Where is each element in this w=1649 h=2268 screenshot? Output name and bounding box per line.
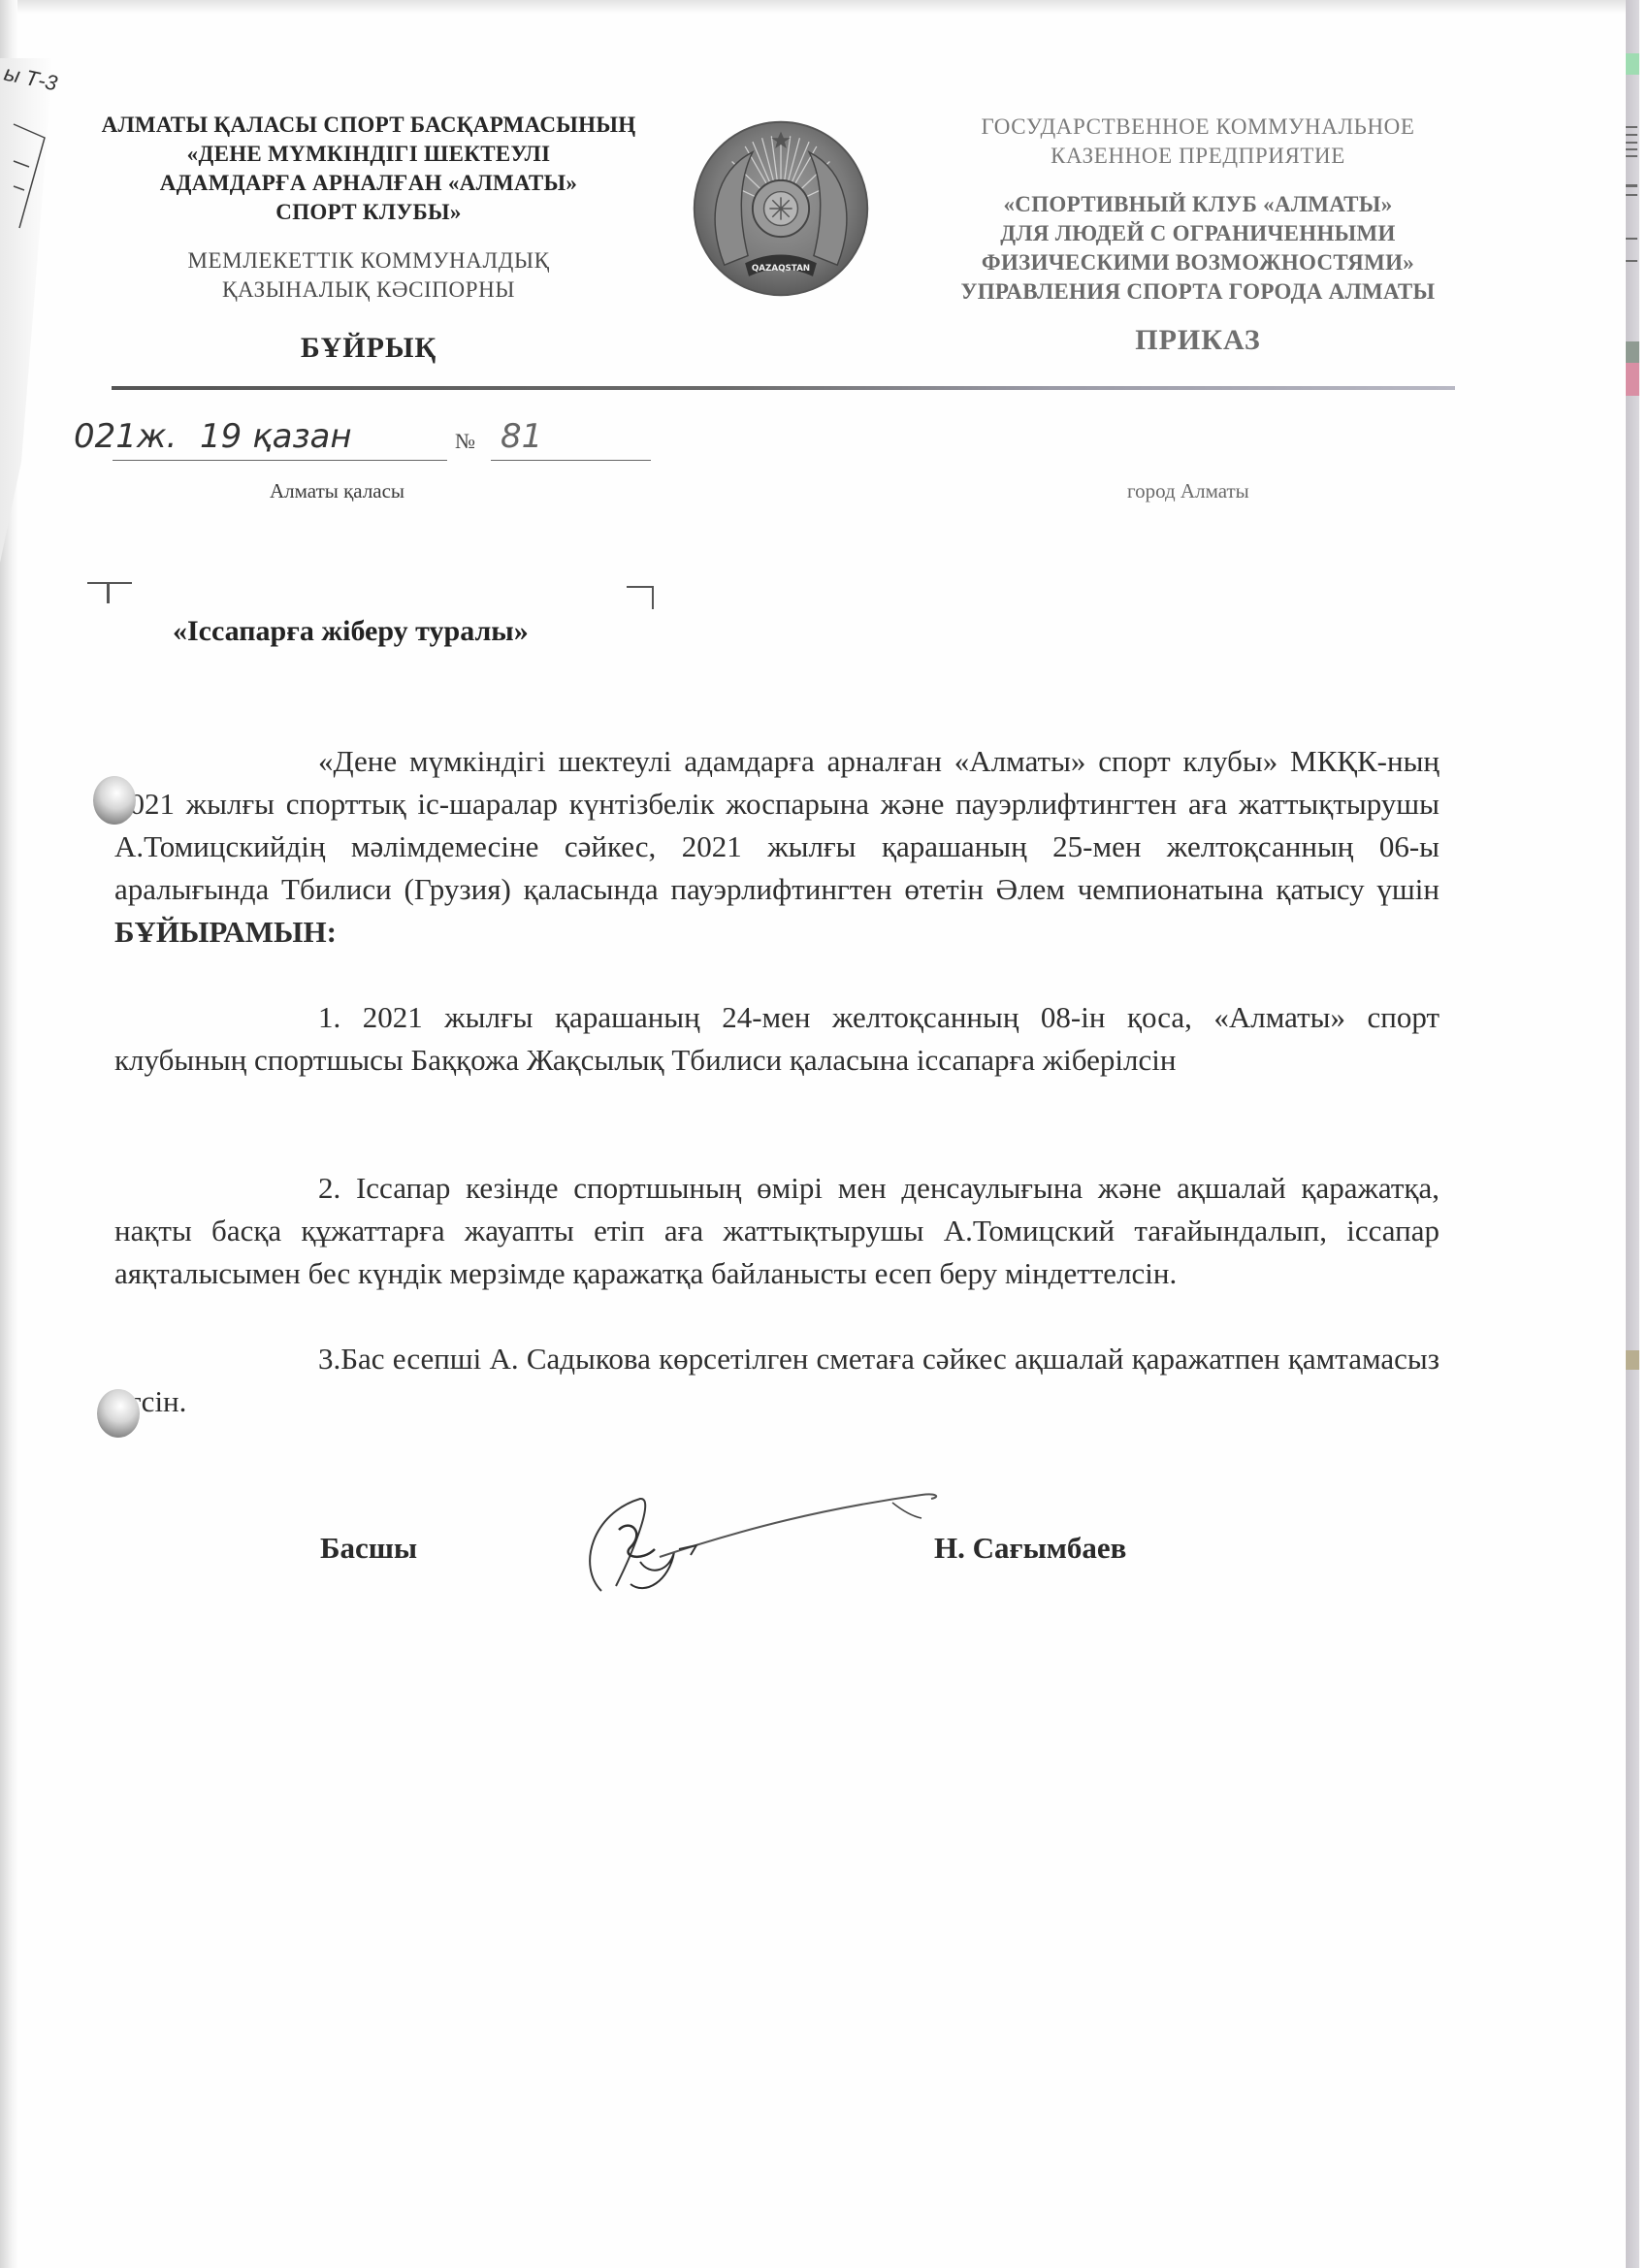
handwritten-signature-icon (572, 1489, 970, 1605)
org-type-line: ҚАЗЫНАЛЫҚ КӘСІПОРНЫ (78, 275, 660, 305)
strip-tick (1626, 184, 1637, 187)
order-item-text: 3.Бас есепші А. Садыкова көрсетілген сме… (114, 1338, 1439, 1423)
strip-tick (1626, 134, 1637, 136)
org-name-line: УПРАВЛЕНИЯ СПОРТА ГОРОДА АЛМАТЫ (921, 277, 1474, 307)
org-name-line: СПОРТ КЛУБЫ» (78, 198, 660, 227)
handwritten-date: 19 қазан (200, 417, 352, 456)
strip-tick (1626, 238, 1637, 240)
document-title: «Іссапарға жіберу туралы» (173, 615, 529, 648)
order-verb: БҰЙЫРАМЫН: (114, 915, 337, 949)
strip-tick (1626, 155, 1637, 157)
state-emblem-icon: QAZAQSTAN (687, 114, 875, 303)
order-item-text: 1. 2021 жылғы қарашаның 24-мен желтоқсан… (114, 996, 1439, 1082)
signatory-position: Басшы (320, 1531, 417, 1566)
order-item-3: 3.Бас есепші А. Садыкова көрсетілген сме… (114, 1338, 1439, 1423)
underlay-table-lines (0, 116, 58, 233)
strip-color-tab-yellow (1626, 1350, 1639, 1370)
strip-tick (1626, 260, 1637, 262)
strip-tick (1626, 194, 1637, 196)
number-underline (491, 460, 651, 461)
date-number-line: 021ж. 19 қазан № 81 (74, 415, 656, 464)
title-corner-mark-right-stem (652, 586, 654, 609)
order-item-text: 2. Іссапар кезінде спортшының өмірі мен … (114, 1167, 1439, 1295)
header-divider (112, 386, 1455, 390)
scan-top-shadow (0, 0, 1649, 14)
strip-color-tab-dark (1626, 341, 1639, 363)
org-name-line: АЛМАТЫ ҚАЛАСЫ СПОРТ БАСҚАРМАСЫНЫҢ (78, 111, 660, 140)
preamble-text: «Дене мүмкіндігі шектеулі адамдарға арна… (114, 744, 1439, 906)
order-item-2: 2. Іссапар кезінде спортшының өмірі мен … (114, 1167, 1439, 1295)
emblem-ribbon-text: QAZAQSTAN (752, 264, 810, 274)
place-kazakh: Алматы қаласы (270, 479, 404, 503)
org-name-line: «ДЕНЕ МҮМКІНДІГІ ШЕКТЕУЛІ (78, 140, 660, 169)
header-kazakh: АЛМАТЫ ҚАЛАСЫ СПОРТ БАСҚАРМАСЫНЫҢ «ДЕНЕ … (78, 111, 660, 363)
order-item-1: 1. 2021 жылғы қарашаның 24-мен желтоқсан… (114, 996, 1439, 1082)
number-sign: № (455, 429, 475, 454)
scan-right-edge-strip (1626, 0, 1639, 2268)
org-name-line: ФИЗИЧЕСКИМИ ВОЗМОЖНОСТЯМИ» (921, 248, 1474, 277)
title-corner-mark-left (87, 582, 132, 584)
handwritten-year: 021ж. (74, 417, 177, 456)
org-type-line: МЕМЛЕКЕТТІК КОММУНАЛДЫҚ (78, 246, 660, 275)
strip-color-tab-red (1626, 363, 1639, 396)
handwritten-order-number: 81 (501, 417, 542, 456)
title-corner-mark-left-stem (107, 582, 110, 603)
strip-tick (1626, 148, 1637, 150)
place-russian: город Алматы (1127, 479, 1249, 503)
org-type-line: ГОСУДАРСТВЕННОЕ КОММУНАЛЬНОЕ (921, 113, 1474, 142)
org-name-line: АДАМДАРҒА АРНАЛҒАН «АЛМАТЫ» (78, 169, 660, 198)
strip-tick (1626, 126, 1637, 128)
scan-right-margin (1639, 0, 1649, 2268)
date-underline (113, 460, 447, 461)
strip-color-tab-green (1626, 53, 1639, 75)
title-corner-mark-right (627, 586, 654, 588)
preamble-paragraph: «Дене мүмкіндігі шектеулі адамдарға арна… (114, 740, 1439, 954)
org-name-line: ДЛЯ ЛЮДЕЙ С ОГРАНИЧЕННЫМИ (921, 219, 1474, 248)
order-word-kazakh: БҰЙРЫҚ (78, 334, 660, 363)
strip-tick (1626, 142, 1637, 144)
punch-hole (93, 776, 136, 825)
header-russian: ГОСУДАРСТВЕННОЕ КОММУНАЛЬНОЕ КАЗЕННОЕ ПР… (921, 113, 1474, 355)
punch-hole (97, 1389, 140, 1438)
org-name-line: «СПОРТИВНЫЙ КЛУБ «АЛМАТЫ» (921, 190, 1474, 219)
org-type-line: КАЗЕННОЕ ПРЕДПРИЯТИЕ (921, 142, 1474, 171)
order-word-russian: ПРИКАЗ (921, 326, 1474, 355)
